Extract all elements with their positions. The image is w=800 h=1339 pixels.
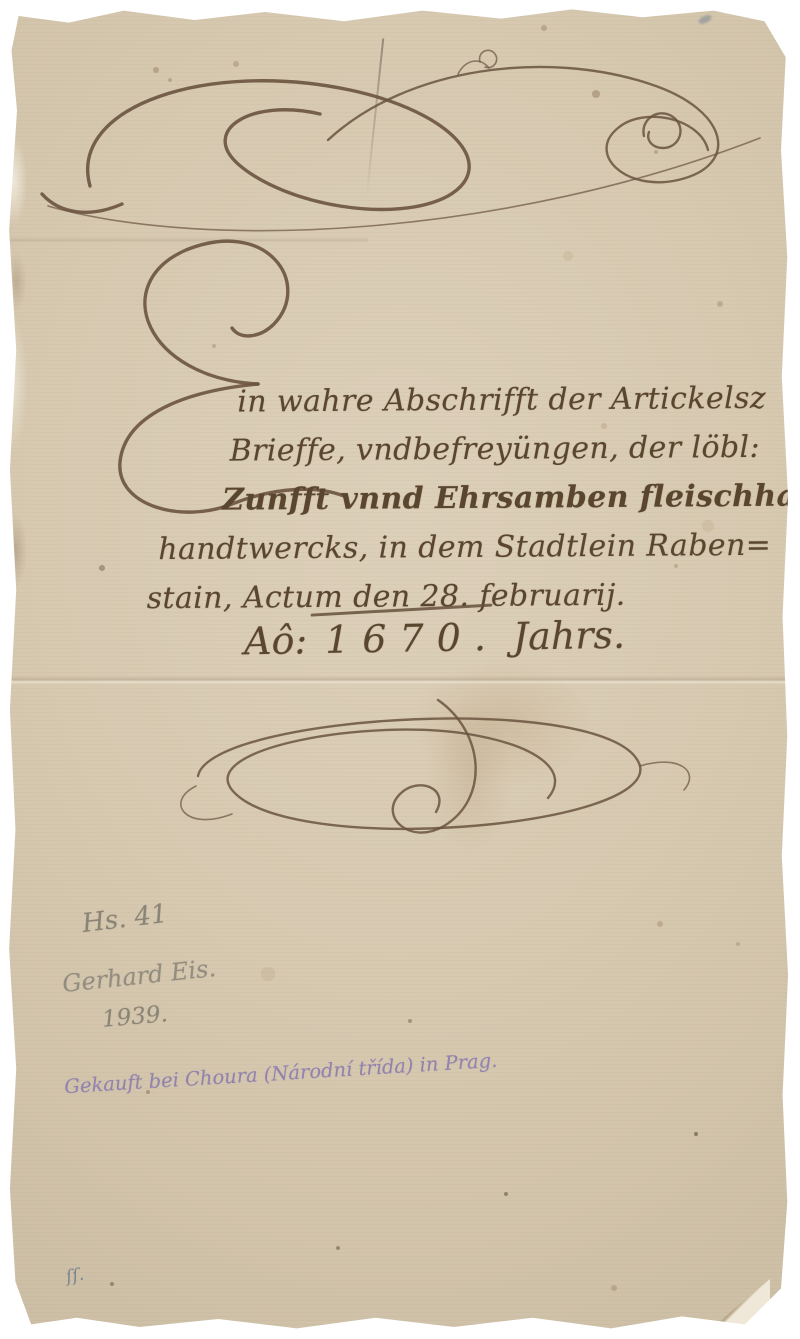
date-suffix: Jahrs.: [513, 613, 626, 659]
scan-background: in wahre Abschrifft der Artickelsz Brief…: [0, 0, 800, 1339]
title-line-1: in wahre Abschrifft der Artickelsz: [145, 374, 765, 427]
manuscript-page: in wahre Abschrifft der Artickelsz Brief…: [6, 4, 792, 1335]
dog-ear-corner: [708, 1279, 770, 1331]
title-block: in wahre Abschrifft der Artickelsz Brief…: [145, 374, 767, 623]
acquisition-note: Gekauft bei Choura (Národní třída) in Pr…: [64, 1049, 498, 1098]
collector-year-note: 1939.: [101, 1001, 169, 1033]
ink-smudge: [697, 13, 713, 25]
foxing-spots: [6, 4, 10, 8]
calligraphic-flourish-middle: [138, 676, 710, 862]
title-line-1-text: in wahre Abschrifft der Artickelsz: [237, 381, 766, 420]
collector-name-note: Gerhard Eis.: [61, 954, 217, 998]
date-prefix: Aô:: [244, 618, 308, 663]
title-line-2: Brieffe, vndbefreyüngen, der löbl:: [145, 423, 765, 476]
title-line-3: Zunfft vnnd Ehrsamben fleischhackers: [146, 472, 766, 525]
corner-mark: ſſ.: [64, 1265, 85, 1288]
date-year: 1670.: [325, 615, 500, 662]
date-line: Aô:1670.Jahrs.: [244, 613, 626, 664]
title-line-4: handtwercks, in dem Stadtlein Raben=: [146, 521, 766, 574]
catalog-number-note: Hs. 41: [80, 899, 169, 939]
calligraphic-flourish-top: [28, 44, 784, 244]
